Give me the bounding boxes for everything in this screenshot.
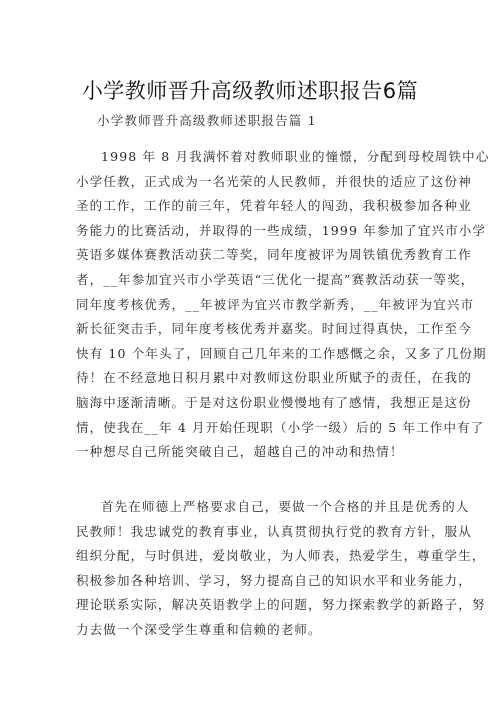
paragraph-line: 1998 年 8 月我满怀着对教师职业的憧憬，分配到母校周铁中心 (76, 145, 426, 170)
paragraph-2: 首先在师德上严格要求自己，要做一个合格的并且是优秀的人 民教师！我忠诚党的教育事… (76, 495, 426, 643)
paragraph-line: 力去做一个深受学生尊重和信赖的老师。 (76, 618, 426, 643)
paragraph-line: 快有 10 个年头了，回顾自己几年来的工作感慨之余，又多了几份期 (76, 342, 426, 367)
section-heading: 小学教师晋升高级教师述职报告篇 1 (97, 112, 317, 130)
paragraph-line: 情，使我在__年 4 月开始任现职（小学一级）后的 5 年工作中有了 (76, 416, 426, 441)
paragraph-line: 积极参加各种培训、学习，努力提高自己的知识水平和业务能力， (76, 569, 426, 594)
paragraph-1: 1998 年 8 月我满怀着对教师职业的憧憬，分配到母校周铁中心 小学任教，正式… (76, 145, 426, 465)
document-title: 小学教师晋升高级教师述职报告6篇 (0, 77, 500, 105)
paragraph-line: 民教师！我忠诚党的教育事业，认真贯彻执行党的教育方针，服从 (76, 520, 426, 545)
paragraph-line: 新长征突击手，同年度考核优秀并嘉奖。时间过得真快，工作至今 (76, 317, 426, 342)
paragraph-line: 务能力的比赛活动，并取得的一些成绩，1999 年参加了宜兴市小学 (76, 219, 426, 244)
paragraph-line: 小学任教，正式成为一名光荣的人民教师，并很快的适应了这份神 (76, 170, 426, 195)
paragraph-line: 一种想尽自己所能突破自己，超越自己的冲动和热情！ (76, 440, 426, 465)
paragraph-line: 圣的工作，工作的前三年，凭着年轻人的闯劲，我积极参加各种业 (76, 194, 426, 219)
paragraph-line: 者，__年参加宜兴市小学英语“三优化一提高”赛教活动获一等奖， (76, 268, 426, 293)
paragraph-line: 待！在不经意地日积月累中对教师这份职业所赋予的责任，在我的 (76, 366, 426, 391)
paragraph-line: 首先在师德上严格要求自己，要做一个合格的并且是优秀的人 (76, 495, 426, 520)
paragraph-line: 理论联系实际，解决英语教学上的问题，努力探索教学的新路子，努 (76, 593, 426, 618)
paragraph-line: 同年度考核优秀，__年被评为宜兴市教学新秀，__年被评为宜兴市 (76, 293, 426, 318)
paragraph-line: 脑海中逐渐清晰。于是对这份职业慢慢地有了感情，我想正是这份 (76, 391, 426, 416)
document-page: 小学教师晋升高级教师述职报告6篇 小学教师晋升高级教师述职报告篇 1 1998 … (0, 0, 500, 707)
paragraph-line: 组织分配，与时俱进，爱岗敬业，为人师表，热爱学生，尊重学生， (76, 544, 426, 569)
paragraph-line: 英语多媒体赛教活动获二等奖，同年度被评为周铁镇优秀教育工作 (76, 243, 426, 268)
